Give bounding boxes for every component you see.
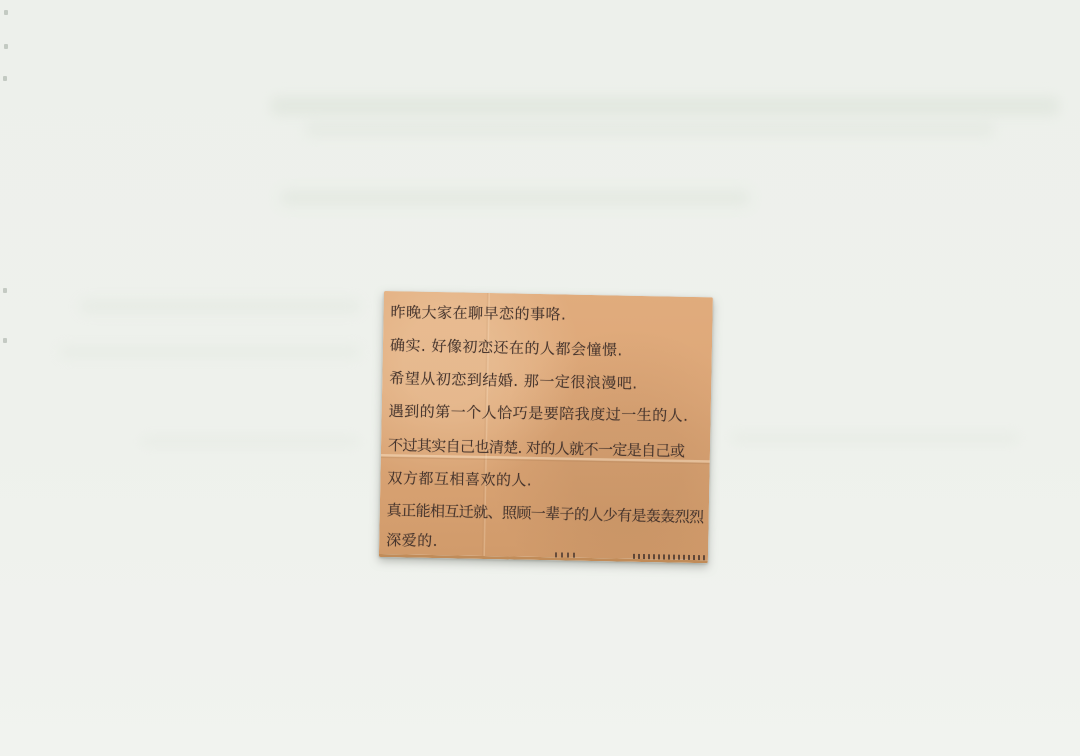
bleed-through-smudge (305, 122, 995, 137)
scan-speck (4, 10, 8, 15)
scan-speck (3, 338, 7, 343)
handwritten-line-6: 双方都互相喜欢的人. (387, 461, 532, 496)
handwritten-line-1: 昨晚大家在聊早恋的事咯. (390, 295, 566, 330)
handwritten-line-8: 深爱的. (386, 523, 438, 557)
bleed-through-smudge (140, 436, 360, 447)
clipped-last-line-strokes (633, 554, 705, 562)
clipped-last-line-strokes (555, 552, 577, 559)
bleed-through-smudge (270, 96, 1060, 116)
handwritten-line-2: 确实. 好像初恋还在的人都会憧憬. (390, 328, 624, 366)
bleed-through-smudge (280, 190, 750, 206)
bleed-through-smudge (80, 300, 360, 313)
bleed-through-smudge (730, 432, 1020, 444)
handwritten-line-4: 遇到的第一个人恰巧是要陪我度过一生的人. (388, 394, 688, 432)
scan-speck (4, 44, 8, 49)
scanner-background: 昨晚大家在聊早恋的事咯. 确实. 好像初恋还在的人都会憧憬. 希望从初恋到结婚.… (0, 0, 1080, 756)
bleed-through-smudge (60, 346, 360, 358)
handwritten-note-paper: 昨晚大家在聊早恋的事咯. 确实. 好像初恋还在的人都会憧憬. 希望从初恋到结婚.… (379, 291, 713, 563)
scan-speck (3, 76, 7, 81)
scan-speck (3, 288, 7, 293)
